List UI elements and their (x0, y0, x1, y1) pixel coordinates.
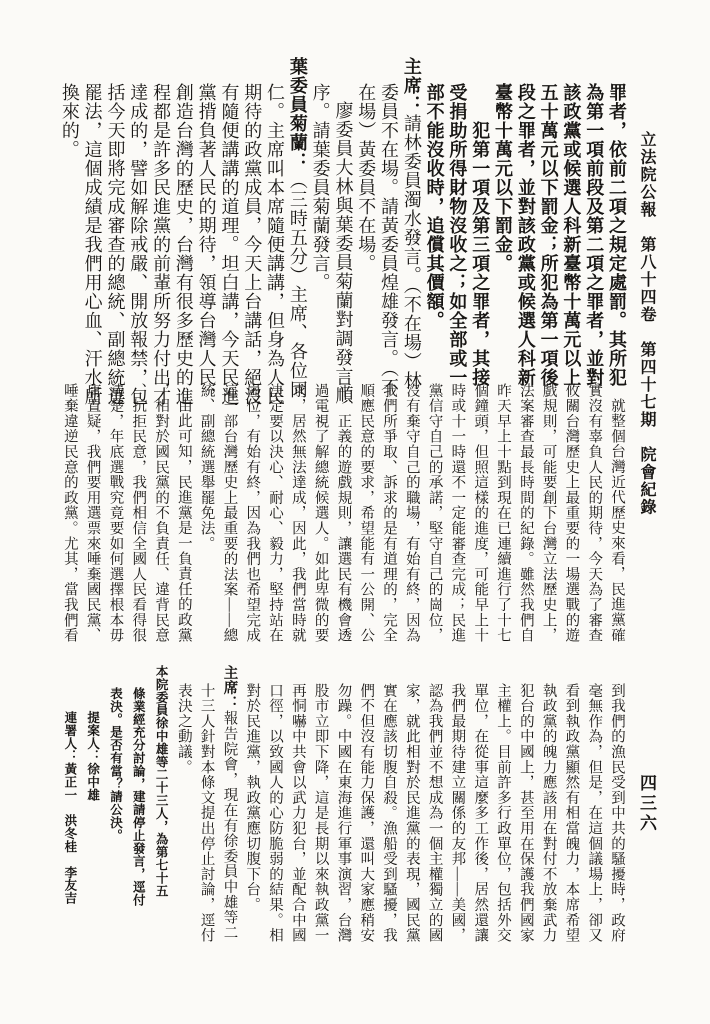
text-column: 時或十一時還不一定能審查完成；民進 (446, 368, 469, 656)
text-column: 提案人：徐中雄 (81, 665, 104, 965)
text-column: 部不能沒收時，追償其價額。 (423, 57, 446, 407)
text-column: 段之罪者，並對該政黨或候選人科新 (514, 57, 537, 407)
text-column: 實沒有辜負人民的期待，今天為了審查 (582, 368, 605, 656)
text-column: 仁。主席叫本席隨便講講，但身為人民 (263, 57, 286, 407)
text-column: 主權上。目前許多行政單位，包括外交 (491, 665, 514, 965)
text-column: 該政黨或候選人科新臺幣十萬元以上 (560, 57, 583, 407)
text-column: 對於民進黨，執政黨應切腹下台。 (240, 665, 263, 965)
text-column: 期待的政黨成員，今天上台講話，絕沒 (240, 57, 263, 407)
text-column: 條業經充分討論，建請停止發言，逕付 (126, 665, 149, 965)
text-column: 委員不在場。請黃委員煌雄發言。（不 (377, 57, 400, 407)
speaker-name: 主席： (221, 665, 237, 711)
text-column: 崗位，有始有終，因為我們也希望完成 (240, 368, 263, 656)
text-block-middle: 就整個台灣近代歷史來看，民進黨確實沒有辜負人民的期待，今天為了審查攸關台灣歷史上… (56, 368, 628, 656)
text-column: 昨天早上十點到現在已連續進行了十七 (491, 368, 514, 656)
text-column: 勿躁。中國在東海進行軍事演習，台灣 (332, 665, 355, 965)
text-column: 主席：報告院會，現在有徐委員中雄等二 (218, 665, 241, 965)
text-block-bottom: 到我們的漁民受到中共的騷擾時，政府毫無作為，但是，在這個議場上，卻又看到執政黨顯… (56, 665, 628, 965)
text-column: 表決。是否有當？請公決。 (104, 665, 127, 965)
text-column: 就整個台灣近代歷史來看，民進黨確 (605, 368, 628, 656)
text-column: 五十萬元以下罰金；所犯為第一項後 (537, 57, 560, 407)
text-column: 我們所爭取、訴求的是有道理的，完全 (377, 368, 400, 656)
text-column: 過電視了解總統候選人。如此卑微的要 (309, 368, 332, 656)
text-column: 表決之動議。 (172, 665, 195, 965)
gazette-header: 立法院公報 第八十四卷 第四十七期 院會紀錄 (638, 131, 655, 516)
text-column: 廖委員大林與葉委員菊蘭對調發言順 (332, 57, 355, 407)
text-column: 本院委員徐中雄等二十三人，為第七十五 (149, 665, 172, 965)
text-column: 單位，在從事這麼多工作後，居然還讓 (468, 665, 491, 965)
text-column: ，相對於國民黨的不負責任、違背民意 (149, 368, 172, 656)
text-column: 庸置疑，我們要用選票來唾棄國民黨、 (81, 368, 104, 656)
text-column: 換來的。 (58, 57, 81, 407)
text-column: 平、正義的遊戲規則，讓選民有機會透 (332, 368, 355, 656)
text-column: 由此可知，民進黨是一負責任的政黨 (172, 368, 195, 656)
text-column: 們不但沒有能力保護，還叫大家應稍安 (354, 665, 377, 965)
speaker-name: 主席： (402, 57, 422, 114)
text-column: 罪者，依前二項之規定處罰。其所犯 (605, 57, 628, 407)
text-column: 、抗拒民意，我們相信全國人民看得很 (126, 368, 149, 656)
text-column: 黨揹負著人民的期待，領導台灣人民， (195, 57, 218, 407)
text-column: 口徑，以致國人的心防脆弱的結果。相 (263, 665, 286, 965)
text-column: 括今天即將完成審查的總統、副總統選 (104, 57, 127, 407)
text-column: 順應民意的要求，希望能有一公開、公 (354, 368, 377, 656)
speaker-name: 葉委員菊蘭： (288, 57, 308, 171)
text-column: 有隨便講講的道理。坦白講，今天民進 (218, 57, 241, 407)
text-column: 求，居然無法達成，因此，我們當時就 (286, 368, 309, 656)
outer-margin-column: 立法院公報 第八十四卷 第四十七期 院會紀錄四三六 (634, 131, 659, 1011)
text-column: 到我們的漁民受到中共的騷擾時，政府 (605, 665, 628, 965)
text-column: 攸關台灣歷史上最重要的一場選戰的遊 (560, 368, 583, 656)
text-column: 家，就此相對於民進黨的表現，國民黨 (400, 665, 423, 965)
text-column: 葉委員菊蘭：（三時五分）主席、各位同 (286, 57, 309, 407)
text-column: 十三人針對本條文提出停止討論，逕付 (195, 665, 218, 965)
text-column: 個鐘頭，但照這樣的進度，可能早上十 (468, 368, 491, 656)
text-column: 程都是許多民進黨的前輩所努力付出才 (149, 57, 172, 407)
text-column: 執政黨的魄力應該用在對付不放棄武力 (537, 665, 560, 965)
text-block-top: 罪者，依前二項之規定處罰。其所犯為第一項前段及第二項之罪者，並對該政黨或候選人科… (56, 57, 628, 407)
text-column: 沒有棄守自己的職場，有始有終，因為 (400, 368, 423, 656)
text-column: 統、副總統選舉罷免法。 (195, 368, 218, 656)
text-column: 我們最期待建立關係的友邦——美國， (446, 665, 469, 965)
text-column: 黨信守自己的承諾，堅守自己的崗位， (423, 368, 446, 656)
text-column: 在場）黃委員不在場。 (354, 57, 377, 407)
text-column: 序。請葉委員菊蘭發言。 (309, 57, 332, 407)
text-column: 看到執政黨顯然有相當魄力，本席希望 (560, 665, 583, 965)
text-column: 唾棄違逆民意的政黨。尤其，當我們看 (58, 368, 81, 656)
text-column: 毫無作為，但是，在這個議場上，卻又 (582, 665, 605, 965)
text-column: 清楚，年底選戰究竟要如何選擇根本毋 (104, 368, 127, 656)
text-column: 連署人：黃正一 洪冬桂 李友吉 (58, 665, 81, 965)
text-column: 決定要以決心、耐心、毅力，堅持站在 (263, 368, 286, 656)
text-column: 這一部台灣歷史上最重要的法案——總 (218, 368, 241, 656)
text-column: 犯台的中國上，甚至用在保護我們國家 (514, 665, 537, 965)
text-column: 主席：請林委員濁水發言。（不在場）林 (400, 57, 423, 407)
text-column: 罷法，這個成績是我們用心血、汗水所 (81, 57, 104, 407)
text-column: 再恫嚇中共會以武力犯台，並配合中國 (286, 665, 309, 965)
page-number: 四三六 (637, 516, 656, 834)
text-column: 股市立即下降，這是長期以來執政黨一 (309, 665, 332, 965)
text-column: 實在應該切腹自殺。漁船受到騷擾，我 (377, 665, 400, 965)
text-column: 臺幣十萬元以下罰金。 (491, 57, 514, 407)
text-column: 法案審查最長時間的紀錄。雖然我們自 (514, 368, 537, 656)
text-column: 為第一項前段及第二項之罪者，並對 (582, 57, 605, 407)
text-column: 認為我們並不想成為一個主權獨立的國 (423, 665, 446, 965)
text-column: 戲規則，可能要創下台灣立法歷史上， (537, 368, 560, 656)
text-column: 受捐助所得財物沒收之；如全部或一 (446, 57, 469, 407)
text-column: 達成的，譬如解除戒嚴、開放報禁，包 (126, 57, 149, 407)
text-column: 創造台灣的歷史，台灣有很多歷史的進 (172, 57, 195, 407)
text-column: 犯第一項及第三項之罪者，其接 (468, 57, 491, 407)
gazette-scanned-page: 立法院公報 第八十四卷 第四十七期 院會紀錄四三六 罪者，依前二項之規定處罰。其… (0, 0, 710, 1024)
